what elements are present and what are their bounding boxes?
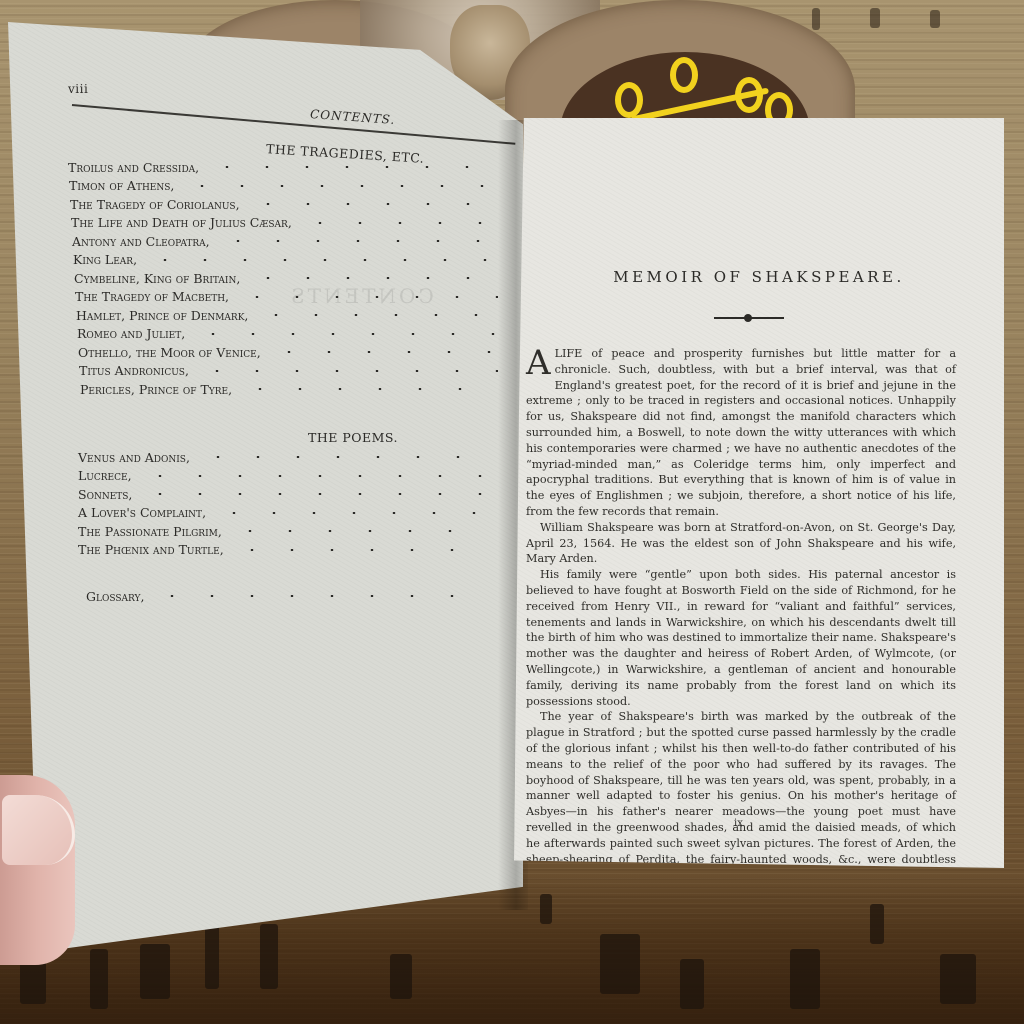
- running-head-contents: CONTENTS.: [310, 107, 396, 127]
- toc-entry: The Tragedy of Macbeth,: [75, 288, 508, 307]
- title-ornament: [714, 317, 784, 319]
- toc-entry: Romeo and Juliet,: [77, 325, 508, 344]
- toc-entry: A Lover's Complaint,: [78, 504, 498, 523]
- paragraph: His family were “gentle” upon both sides…: [526, 567, 956, 709]
- toc-glossary: Glossary,: [86, 587, 496, 606]
- toc-entry: Cymbeline, King of Britain,: [74, 269, 508, 288]
- paragraph: ALIFE of peace and prosperity furnishes …: [526, 346, 956, 520]
- toc-entry: Timon of Athens,: [69, 177, 508, 196]
- page-number-right: ix: [734, 818, 743, 829]
- toc-tragedies-list: Troilus and Cressida, Timon of Athens, T…: [68, 158, 508, 399]
- toc-entry: Glossary,: [86, 587, 496, 606]
- toc-entry: The Phœnix and Turtle,: [78, 541, 498, 560]
- right-page-memoir: MEMOIR OF SHAKSPEARE. ALIFE of peace and…: [514, 118, 1004, 868]
- toc-entry: The Life and Death of Julius Cæsar,: [71, 214, 508, 233]
- toc-entry: The Tragedy of Coriolanus,: [70, 195, 508, 214]
- memoir-title: MEMOIR OF SHAKSPEARE.: [514, 268, 1004, 286]
- header-rule: [72, 104, 515, 145]
- drop-cap: A: [526, 348, 551, 378]
- toc-entry: Antony and Cleopatra,: [72, 232, 508, 251]
- toc-entry: Lucrece,: [78, 467, 498, 486]
- page-number-left: viii: [68, 82, 88, 96]
- toc-entry: Pericles, Prince of Tyre,: [80, 380, 508, 399]
- crate-stencil-top: [812, 8, 820, 30]
- memoir-body: ALIFE of peace and prosperity furnishes …: [526, 346, 956, 946]
- toc-entry: King Lear,: [73, 251, 508, 270]
- paragraph: The year of Shakspeare's birth was marke…: [526, 709, 956, 883]
- toc-entry: Hamlet, Prince of Denmark,: [76, 306, 508, 325]
- toc-poems-list: Venus and Adonis, Lucrece, Sonnets, A Lo…: [78, 448, 498, 559]
- toc-entry: The Passionate Pilgrim,: [78, 522, 498, 541]
- toc-entry: Venus and Adonis,: [78, 448, 498, 467]
- toc-entry: Troilus and Cressida,: [68, 158, 508, 177]
- crate-stencil-top: [930, 10, 940, 28]
- crate-stencil-top: [870, 8, 880, 28]
- section-heading-poems: THE POEMS.: [308, 430, 398, 445]
- toc-entry: Titus Andronicus,: [79, 362, 508, 381]
- left-page-contents: viii CONTENTS. THE TRAGEDIES, ETC. CONTE…: [8, 22, 523, 952]
- toc-entry: Othello, the Moor of Venice,: [78, 343, 508, 362]
- paragraph: William Shakspeare was born at Stratford…: [526, 520, 956, 567]
- toc-entry: Sonnets,: [78, 485, 498, 504]
